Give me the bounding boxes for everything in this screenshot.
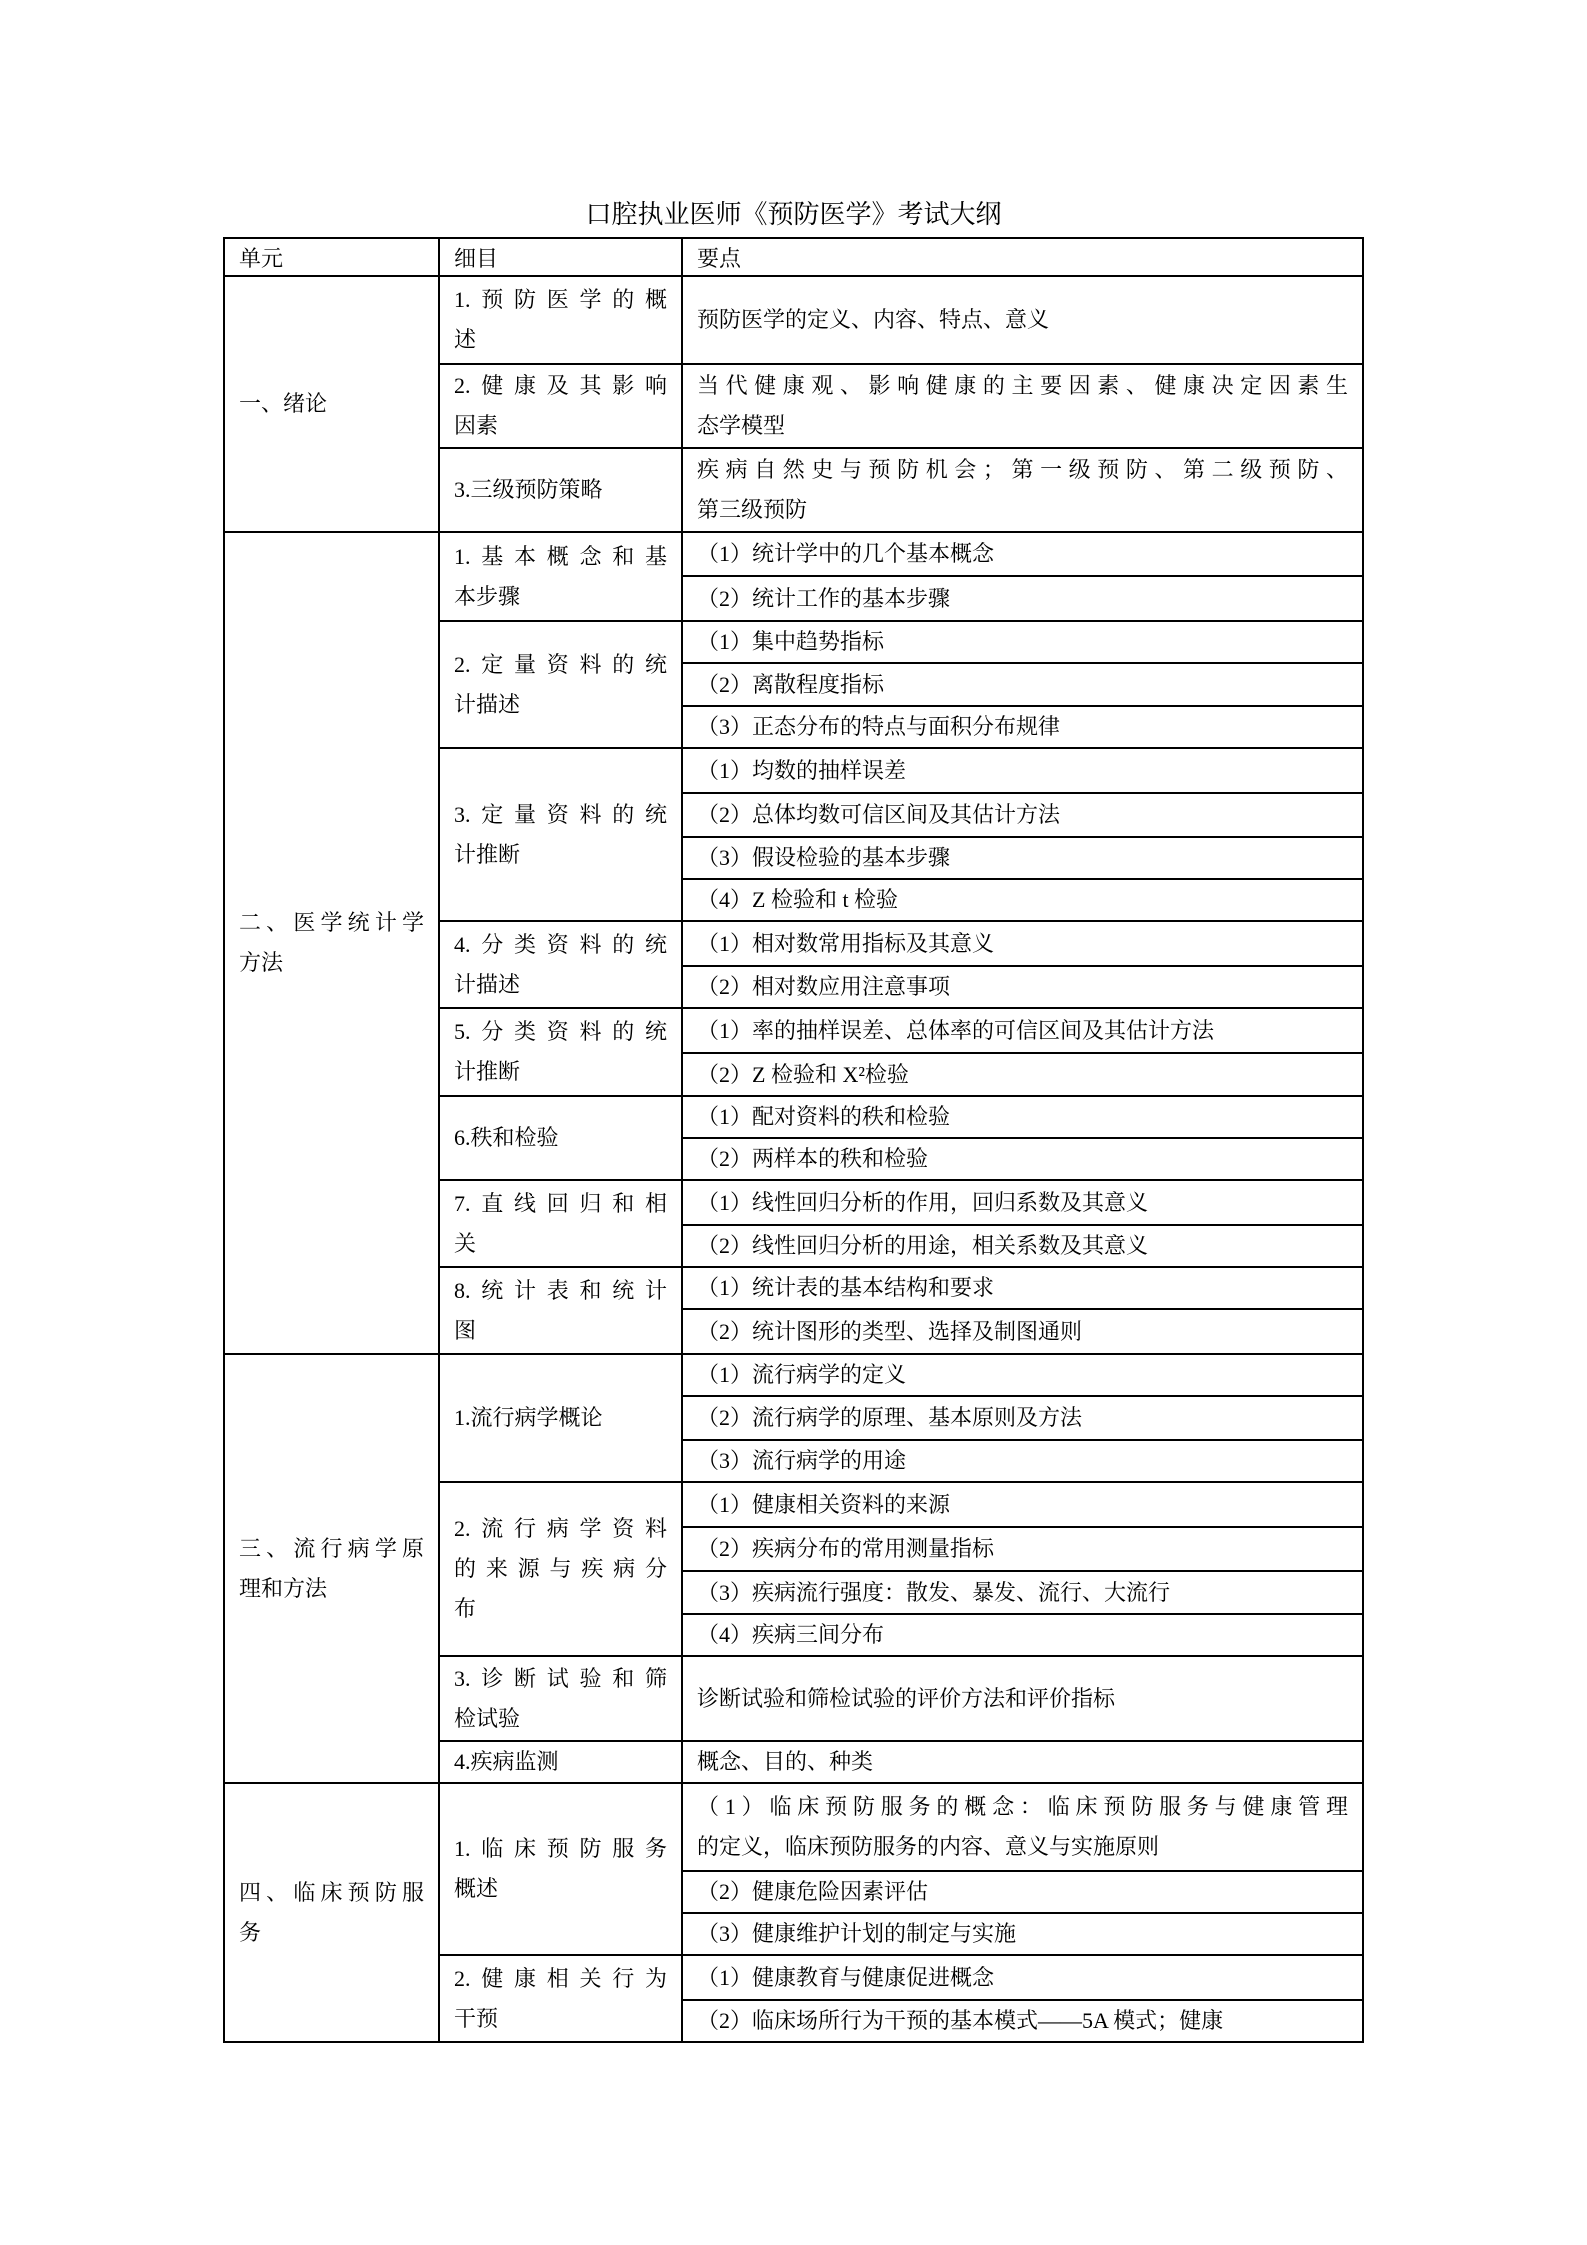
point-cell: 概念、目的、种类 (682, 1741, 1363, 1783)
table-row: 三、流行病学原理和方法1.流行病学概论（1）流行病学的定义 (224, 1354, 1363, 1396)
point-cell: 诊断试验和筛检试验的评价方法和评价指标 (682, 1656, 1363, 1741)
detail-cell: 2.健康相关行为干预 (439, 1955, 682, 2042)
detail-cell: 8.统计表和统计图 (439, 1267, 682, 1354)
table-row: 二、医学统计学方法1.基本概念和基本步骤（1）统计学中的几个基本概念 (224, 532, 1363, 576)
page-title: 口腔执业医师《预防医学》考试大纲 (0, 194, 1587, 231)
table-row: 四、临床预防服务1.临床预防服务概述（1）临床预防服务的概念：临床预防服务与健康… (224, 1783, 1363, 1871)
header-row: 单元 细目 要点 (224, 238, 1363, 276)
point-cell: （1）健康相关资料的来源 (682, 1482, 1363, 1527)
detail-cell: 4.疾病监测 (439, 1741, 682, 1783)
detail-cell: 2.定量资料的统计描述 (439, 621, 682, 748)
detail-cell: 1.流行病学概论 (439, 1354, 682, 1482)
detail-cell: 7.直线回归和相关 (439, 1180, 682, 1267)
column-header-detail: 细目 (439, 238, 682, 276)
detail-cell: 3.三级预防策略 (439, 448, 682, 532)
detail-cell: 2.健康及其影响因素 (439, 364, 682, 448)
point-cell: （4）疾病三间分布 (682, 1614, 1363, 1656)
table-row: 一、绪论1.预防医学的概述预防医学的定义、内容、特点、意义 (224, 276, 1363, 364)
point-cell: （2）统计工作的基本步骤 (682, 576, 1363, 621)
point-cell: （1）统计表的基本结构和要求 (682, 1267, 1363, 1309)
point-cell: 疾病自然史与预防机会；第一级预防、第二级预防、第三级预防 (682, 448, 1363, 532)
detail-cell: 3.诊断试验和筛检试验 (439, 1656, 682, 1741)
detail-cell: 1.预防医学的概述 (439, 276, 682, 364)
point-cell: （1）相对数常用指标及其意义 (682, 921, 1363, 966)
point-cell: （2）疾病分布的常用测量指标 (682, 1527, 1363, 1571)
point-cell: （1）集中趋势指标 (682, 621, 1363, 663)
detail-cell: 3.定量资料的统计推断 (439, 748, 682, 921)
point-cell: （1）线性回归分析的作用，回归系数及其意义 (682, 1180, 1363, 1225)
point-cell: （2）两样本的秩和检验 (682, 1138, 1363, 1180)
unit-cell: 三、流行病学原理和方法 (224, 1354, 439, 1783)
point-cell: （1）配对资料的秩和检验 (682, 1096, 1363, 1138)
point-cell: （3）疾病流行强度：散发、暴发、流行、大流行 (682, 1571, 1363, 1614)
point-cell: （3）流行病学的用途 (682, 1440, 1363, 1482)
unit-cell: 四、临床预防服务 (224, 1783, 439, 2042)
detail-cell: 2.流行病学资料的来源与疾病分布 (439, 1482, 682, 1656)
column-header-unit: 单元 (224, 238, 439, 276)
detail-cell: 4.分类资料的统计描述 (439, 921, 682, 1008)
point-cell: （2）离散程度指标 (682, 663, 1363, 706)
point-cell: （1）统计学中的几个基本概念 (682, 532, 1363, 576)
point-cell: （3）健康维护计划的制定与实施 (682, 1913, 1363, 1955)
point-cell: （2）临床场所行为干预的基本模式——5A 模式；健康 (682, 2000, 1363, 2042)
point-cell: （2）健康危险因素评估 (682, 1871, 1363, 1913)
detail-cell: 6.秩和检验 (439, 1096, 682, 1180)
point-cell: （1）率的抽样误差、总体率的可信区间及其估计方法 (682, 1008, 1363, 1053)
point-cell: （2）线性回归分析的用途，相关系数及其意义 (682, 1225, 1363, 1267)
point-cell: （2）相对数应用注意事项 (682, 966, 1363, 1008)
point-cell: （2）流行病学的原理、基本原则及方法 (682, 1396, 1363, 1440)
point-cell: （2）统计图形的类型、选择及制图通则 (682, 1309, 1363, 1354)
point-cell: （1）流行病学的定义 (682, 1354, 1363, 1396)
point-cell: （1）临床预防服务的概念：临床预防服务与健康管理的定义，临床预防服务的内容、意义… (682, 1783, 1363, 1871)
column-header-point: 要点 (682, 238, 1363, 276)
point-cell: （3）正态分布的特点与面积分布规律 (682, 706, 1363, 748)
point-cell: （1）均数的抽样误差 (682, 748, 1363, 793)
point-cell: （2）总体均数可信区间及其估计方法 (682, 793, 1363, 837)
detail-cell: 1.基本概念和基本步骤 (439, 532, 682, 621)
syllabus-table: 单元 细目 要点 一、绪论1.预防医学的概述预防医学的定义、内容、特点、意义2.… (223, 237, 1364, 2043)
point-cell: 当代健康观、影响健康的主要因素、健康决定因素生态学模型 (682, 364, 1363, 448)
point-cell: 预防医学的定义、内容、特点、意义 (682, 276, 1363, 364)
point-cell: （2）Z 检验和 X²检验 (682, 1053, 1363, 1096)
point-cell: （4）Z 检验和 t 检验 (682, 879, 1363, 921)
point-cell: （3）假设检验的基本步骤 (682, 837, 1363, 879)
document-page: 口腔执业医师《预防医学》考试大纲 单元 细目 要点 一、绪论1.预防医学的概述预… (0, 0, 1587, 2245)
unit-cell: 二、医学统计学方法 (224, 532, 439, 1354)
detail-cell: 1.临床预防服务概述 (439, 1783, 682, 1955)
point-cell: （1）健康教育与健康促进概念 (682, 1955, 1363, 2000)
detail-cell: 5.分类资料的统计推断 (439, 1008, 682, 1096)
unit-cell: 一、绪论 (224, 276, 439, 532)
